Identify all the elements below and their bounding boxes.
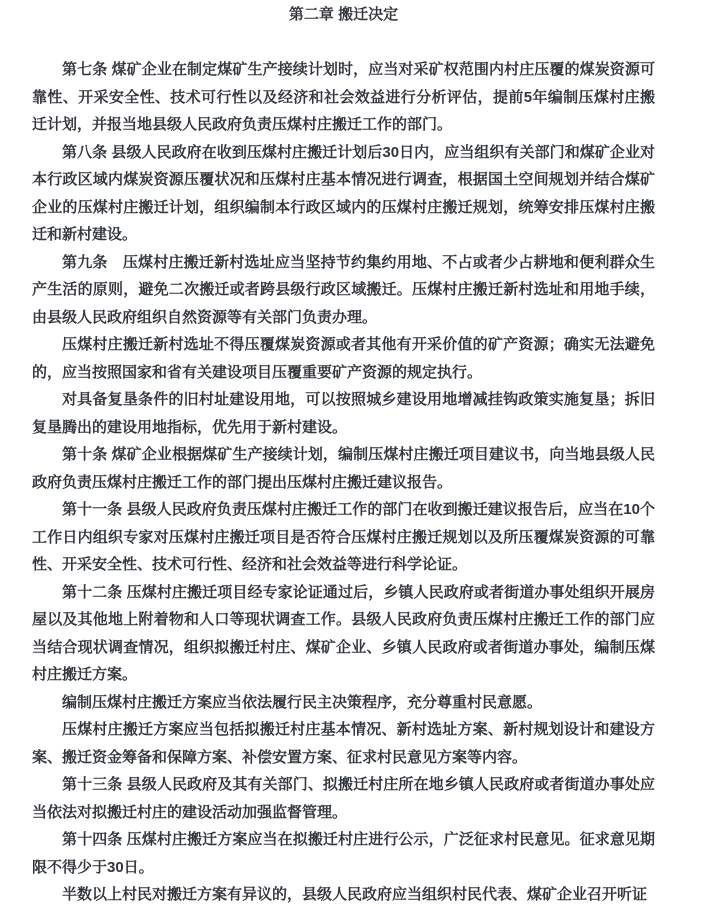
paragraph-article-13: 第十三条 县级人民政府及其有关部门、拟搬迁村庄所在地乡镇人民政府或者街道办事处应… (32, 771, 655, 826)
paragraph-article-9-clause-3: 对具备复垦条件的旧村址建设用地，可以按照城乡建设用地增减挂钩政策实施复垦；拆旧复… (32, 386, 655, 441)
chapter-title: 第二章 搬迁决定 (32, 1, 655, 29)
paragraph-article-11: 第十一条 县级人民政府负责压煤村庄搬迁工作的部门在收到搬迁建议报告后，应当在10… (32, 496, 655, 579)
paragraph-article-7: 第七条 煤矿企业在制定煤矿生产接续计划时，应当对采矿权范围内村庄压覆的煤炭资源可… (32, 56, 655, 139)
paragraph-article-10: 第十条 煤矿企业根据煤矿生产接续计划，编制压煤村庄搬迁项目建议书，向当地县级人民… (32, 441, 655, 496)
paragraph-article-12: 第十二条 压煤村庄搬迁项目经专家论证通过后，乡镇人民政府或者街道办事处组织开展房… (32, 579, 655, 689)
paragraph-article-8: 第八条 县级人民政府在收到压煤村庄搬迁计划后30日内，应当组织有关部门和煤矿企业… (32, 139, 655, 249)
paragraph-article-9: 第九条 压煤村庄搬迁新村选址应当坚持节约集约用地、不占或者少占耕地和便利群众生产… (32, 249, 655, 332)
document-page: 第二章 搬迁决定 第七条 煤矿企业在制定煤矿生产接续计划时，应当对采矿权范围内村… (0, 0, 706, 907)
paragraph-article-12-clause-3: 压煤村庄搬迁方案应当包括拟搬迁村庄基本情况、新村选址方案、新村规划设计和建设方案… (32, 716, 655, 771)
paragraph-article-14: 第十四条 压煤村庄搬迁方案应当在拟搬迁村庄进行公示，广泛征求村民意见。征求意见期… (32, 826, 655, 881)
paragraph-article-9-clause-2: 压煤村庄搬迁新村选址不得压覆煤炭资源或者其他有开采价值的矿产资源；确实无法避免的… (32, 331, 655, 386)
paragraph-article-14-clause-2: 半数以上村民对搬迁方案有异议的，县级人民政府应当组织村民代表、煤矿企业召开听证 (32, 881, 655, 907)
paragraph-article-12-clause-2: 编制压煤村庄搬迁方案应当依法履行民主决策程序，充分尊重村民意愿。 (32, 689, 655, 717)
